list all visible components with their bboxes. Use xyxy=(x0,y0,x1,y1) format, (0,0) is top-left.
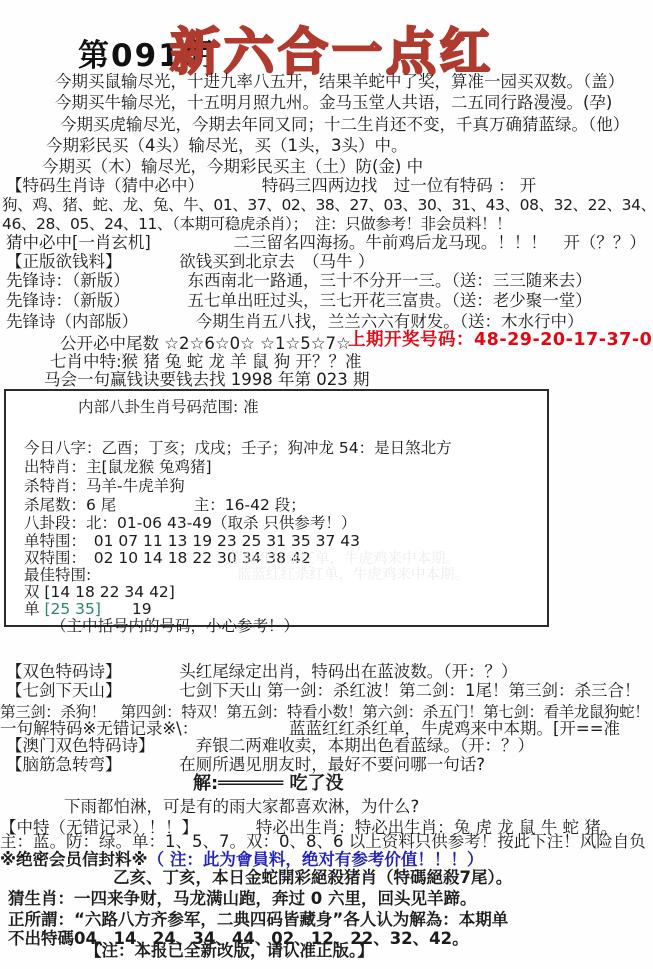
mahui-1998-line: 马会一句赢钱诀要钱去找 1998 年第 023 期 xyxy=(44,370,369,390)
pioneer-poem-3: 先锋诗（内部版） 今期生肖五八找，兰兰六六有财发。（送：木水行中） xyxy=(6,312,584,332)
envelope-detail-line: 乙亥、丁亥，本日金蛇開彩絕殺猪肖（特碼絕殺7尾）。 xyxy=(113,868,512,888)
best-odd-label: 单 xyxy=(24,600,44,618)
zodiac-number-row-2: 46、28、05、24、11、（本期可稳虎杀肖）； 注：只做参考！非会员料！！ xyxy=(2,214,511,234)
best-odd-bracket: [25 35] xyxy=(44,600,100,618)
macau-poem-line: 【澳门双色特码诗】 弃银二两难收卖，本期出色看蓝绿。（开：？） xyxy=(6,736,534,756)
member-note: （ 注：此为會員料，绝对有参考价值！！！） xyxy=(148,850,484,869)
bazi-line: 今日八字：乙酉；丁亥；戊戌；壬子；狗冲龙 54：是日煞北方 xyxy=(24,439,452,457)
box-note-line: （主中括号内的号码，小心参考！） xyxy=(51,617,299,635)
kill-zodiac-line: 杀特肖：马羊-牛虎羊狗 xyxy=(24,477,185,495)
bagua-box-title: 内部八卦生肖号码范围: 准 xyxy=(78,398,259,416)
proverb-line: 正所謂：“六路八方齐参军，二典四码皆藏身”各人认为解為：本期单 xyxy=(8,910,508,930)
double-color-poem-line: 【双色特码诗】 头红尾绿定出肖，特码出在蓝波数。（开：？） xyxy=(6,662,518,682)
seven-zodiac-line: 七肖中特:猴 猪 兔 蛇 龙 羊 鼠 狗 开？？准 xyxy=(50,352,362,372)
bagua-box: 内部八卦生肖号码范围: 准 今日八字：乙酉；丁亥；戊戌；壬子；狗冲龙 54：是日… xyxy=(4,389,549,627)
footer-note-line: 【注：本报已全新改版，请认准正版。】 xyxy=(85,941,374,961)
member-prefix: ※绝密会员信封料※ xyxy=(0,850,148,869)
member-info-line: ※绝密会员信封料※（ 注：此为會員料，绝对有参考价值！！！） xyxy=(0,850,483,870)
bagua-segment-line: 八卦段：北：01-06 43-49（取杀 只供参考！） xyxy=(24,514,356,532)
lottery-tipsheet-page: 第091期 新六合一点红 今期买鼠输尽光，十进九率八五开，结果羊蛇中了奖，算准一… xyxy=(0,0,653,969)
advice-line: 主：蓝。防：绿。单：1、5、7。双：0、8、6 以上资料只供参考！按此下注！风险… xyxy=(0,832,646,852)
zodiac-number-row-1: 狗、鸡、猪、蛇、龙、兔、牛、01、37、02、38、27、03、30、31、43… xyxy=(2,195,653,215)
poem-line-rat: 今期买鼠输尽光，十进九率八五开，结果羊蛇中了奖，算准一园买双数。（盖） xyxy=(55,72,624,92)
pioneer-poem-1: 先锋诗：（新版） 东西南北一路通，三十不分开一三。（送：三三随来去） xyxy=(6,271,592,291)
teaser-question2-line: 下雨都怕淋，可是有的雨大家都喜欢淋，为什么? xyxy=(64,797,419,817)
best-odd-line: 单 [25 35] 19 xyxy=(24,600,152,618)
prev-draw-numbers: 上期开奖号码：48-29-20-17-37-08+36 xyxy=(348,330,653,350)
poem-line-tiger: 今期买虎输尽光，今期去年同又同；十二生肖还不变，千真万确猜蓝绿。（他） xyxy=(60,115,629,135)
best-range-label: 最佳特围: xyxy=(24,566,91,584)
poem-line-elements: 今期买（木）输尽光，今期彩民买主（土）防(金) 中 xyxy=(42,157,423,177)
guess-zodiac-line: 猜生肖：一四来争财，马龙满山跑，奔过 0 六里，回头见羊蹄。 xyxy=(8,889,476,909)
watermark-line-2: 蓝蓝红红杀红单，牛虎鸡来中本期。 xyxy=(237,565,469,585)
tail-numbers-line: 公开必中尾数 ☆2☆6☆0☆ ☆1☆5☆7☆ xyxy=(60,334,351,354)
poem-line-heads: 今期彩民买（4头）输尽光，买（1头，3头）中。 xyxy=(46,136,408,156)
seven-swords-header-line: 【七剑下天山】 七剑下天山 第一剑：杀红波！第二剑：1尾！第三剑：杀三合！ xyxy=(6,681,641,701)
pioneer-poem-2: 先锋诗：（新版） 五七单出旺过头，三七开花三富贵。（送：老少聚一堂） xyxy=(6,291,592,311)
best-odd-rest: 19 xyxy=(101,600,152,618)
poem-line-ox: 今期买牛输尽光，十五明月照九州。金马玉堂人共语，二五同行路漫漫。(孕) xyxy=(55,93,612,113)
best-even-line: 双 [14 18 22 34 42] xyxy=(24,583,175,601)
kill-tail-line: 杀尾数：6 尾 主：16-42 段； xyxy=(24,496,306,514)
odd-range-line: 单特围： 01 07 11 13 19 23 25 31 35 37 43 xyxy=(24,532,360,550)
one-zodiac-hint-line: 猜中必中[一肖玄机] 二三留名四海扬。牛前鸡后龙马现。！！！ 开（？？） xyxy=(6,233,646,253)
special-code-poem-header: 【特码生肖诗（猜中必中） 特码三四两边找 过一位有特码 ： 开 xyxy=(6,176,536,196)
teaser-answer-line: 解:══════ 吃了没 xyxy=(193,774,344,794)
brain-teaser-line: 【脑筋急转弯】 在厕所遇见朋友时，最好不要问哪一句话? xyxy=(6,755,485,775)
out-zodiac-line: 出特肖：主[鼠龙猴 兔鸡猪] xyxy=(24,458,212,476)
yuqian-material-line: 【正版欲钱料】 欲钱买到北京去 （马牛 ） xyxy=(6,252,374,272)
